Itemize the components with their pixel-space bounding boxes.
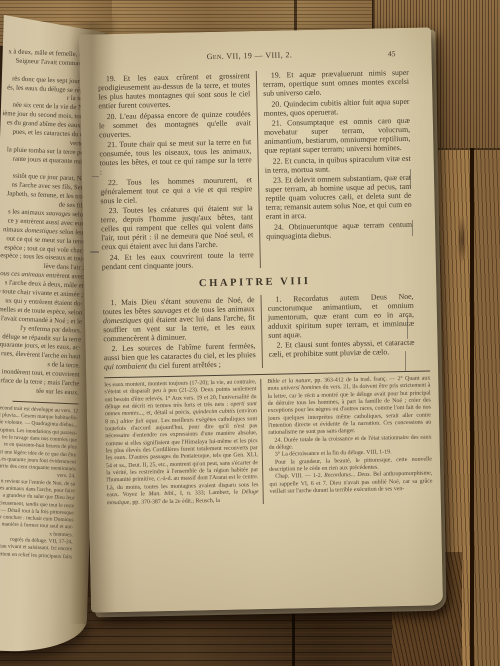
page-number: 45 — [388, 49, 396, 58]
footnote-paragraph: Bible et la nature, pp. 363-412 de la tr… — [267, 375, 431, 437]
right-page: Gen. VII, 19 — VIII, 2. 45 19. Et les ea… — [79, 27, 443, 612]
genesis-viii-verses: 1. Mais Dieu s'étant souvenu de Noé, de … — [103, 291, 430, 371]
french-column: 19. Et les eaux crûrent et grossirent pr… — [98, 71, 254, 271]
verse-french: 2. Les sources de l'abîme furent fermées… — [103, 341, 256, 371]
verse-latin: 24. Obtinueruntque aquæ terram centum qu… — [266, 219, 412, 240]
verse-french: 20. L'eau dépassa encore de quinze coudé… — [99, 109, 252, 139]
verse-french: 22. Tous les hommes moururent, et généra… — [100, 175, 253, 205]
footnote-paragraph: Chap. VIII. — 1-2. Recordatus... Deus. B… — [269, 471, 432, 496]
footnotes: les eaux montent, montent toujours (17-2… — [104, 375, 433, 507]
verse-french: 19. Et les eaux crûrent et grossirent pr… — [98, 71, 251, 110]
verse-latin: 19. Et aquæ prævaluerunt nimis super ter… — [263, 68, 410, 98]
verse-latin: 23. Et delevit omnem substantiam, quæ er… — [265, 173, 412, 221]
genesis-vii-verses: 19. Et les eaux crûrent et grossirent pr… — [98, 68, 428, 271]
left-page-footnotes: econd trait est développé au vers. 12t p… — [0, 405, 78, 562]
left-page-footnote-rule — [12, 400, 78, 404]
verse-french: 24. Et les eaux couvrirent toute la terr… — [102, 250, 254, 271]
verse-latin: 20. Quindecim cubitis altior fuit aqua s… — [263, 96, 409, 117]
verse-french: 23. Toutes les créatures qui étaient sur… — [101, 203, 254, 251]
footnote-left-column: les eaux montent, montent toujours (17-2… — [104, 379, 259, 507]
verse-latin: 22. Et cuncta, in quibus spiraculum vitæ… — [265, 153, 411, 174]
latin-column: 19. Et aquæ prævaluerunt nimis super ter… — [256, 68, 413, 268]
footnote-text: les eaux montent, montent toujours (17-2… — [104, 379, 259, 507]
verse-french: 21. Toute chair qui se meut sur la terre… — [99, 137, 252, 176]
book-gutter-shadow — [70, 22, 116, 624]
verse-latin: 21. Consumptaque est omnis caro quæ move… — [264, 116, 411, 155]
french-column: 1. Mais Dieu s'étant souvenu de Noé, de … — [103, 295, 257, 372]
pencil-mark-dash — [90, 251, 99, 253]
footnote-right-column: Bible et la nature, pp. 363-412 de la tr… — [260, 375, 433, 503]
verse-french: 1. Mais Dieu s'étant souvenu de Noé, de … — [103, 295, 256, 343]
book-photo: x à deux, mâle et femelle, selonSeigneur… — [0, 0, 500, 666]
latin-column: 1. Recordatus autem Deus Noe, cunctorumq… — [260, 291, 415, 368]
verse-latin: 2. Et clausi sunt fontes abyssi, et cata… — [268, 338, 414, 359]
chapter-heading: CHAPITRE VIII — [102, 273, 407, 290]
page-header: Gen. VII, 19 — VIII, 2. 45 — [97, 48, 423, 67]
running-title: Gen. VII, 19 — VIII, 2. — [97, 48, 401, 63]
verse-latin: 1. Recordatus autem Deus Noe, cunctorumq… — [267, 291, 414, 339]
